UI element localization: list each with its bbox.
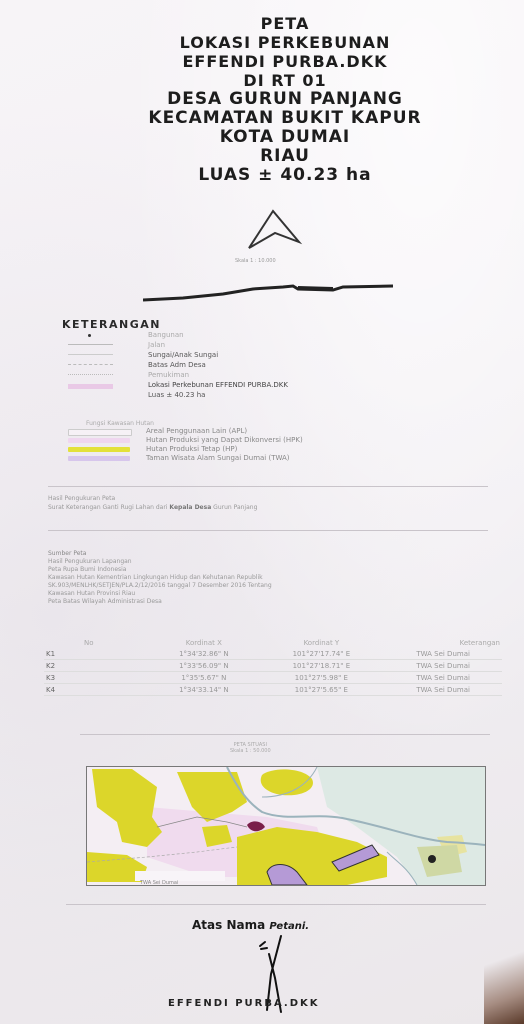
source-line-2: Surat Keterangan Ganti Rugi Lahan dari K… — [48, 503, 257, 512]
scale-bar — [143, 275, 393, 305]
inset-map-title: PETA SITUASI Skala 1 : 50.000 — [230, 742, 271, 754]
twa-swatch-icon — [68, 456, 130, 461]
title-line-luas: LUAS ± 40.23 ha — [110, 166, 460, 185]
boundary-dashed-icon — [68, 364, 113, 365]
source-line-1: Hasil Pengukuran Peta — [48, 494, 257, 503]
hp-swatch-icon — [68, 447, 130, 452]
title-line-peta: PETA — [110, 14, 460, 33]
title-line-kota: KOTA DUMAI — [110, 128, 460, 147]
legend-item: Taman Wisata Alam Sungai Dumai (TWA) — [68, 454, 488, 463]
table-row: K3 1°35'5.67" N 101°27'5.98" E TWA Sei D… — [44, 672, 502, 684]
divider — [48, 530, 488, 531]
situation-map-graphic — [87, 767, 485, 885]
title-line-provinsi: RIAU — [110, 147, 460, 166]
plantation-area-swatch-icon — [68, 384, 113, 389]
river-line-icon — [68, 354, 113, 355]
title-line-lokasi: LOKASI PERKEBUNAN — [110, 33, 460, 52]
table-row: K2 1°33'56.09" N 101°27'18.71" E TWA Sei… — [44, 660, 502, 672]
divider — [48, 486, 488, 487]
title-line-rt: DI RT 01 — [110, 71, 460, 90]
source-notes: Hasil Pengukuran Peta Surat Keterangan G… — [48, 494, 257, 512]
coordinates-table: No Kordinat X Kordinat Y Keterangan K1 1… — [44, 638, 502, 696]
legend-title: KETERANGAN — [62, 318, 482, 331]
divider — [66, 904, 486, 905]
map-sources: Sumber Peta Hasil Pengukuran Lapangan Pe… — [48, 550, 272, 606]
road-line-icon — [68, 344, 113, 345]
map-title-block: PETA LOKASI PERKEBUNAN EFFENDI PURBA.DKK… — [110, 14, 460, 185]
legend-item: Sungai/Anak Sungai — [62, 351, 482, 361]
table-row: K4 1°34'33.14" N 101°27'5.65" E TWA Sei … — [44, 684, 502, 696]
legend-item: Batas Adm Desa — [62, 361, 482, 371]
legend-item: Jalan — [62, 341, 482, 351]
legend-item: Hutan Produksi yang Dapat Dikonversi (HP… — [68, 436, 488, 445]
title-line-owner: EFFENDI PURBA.DKK — [110, 52, 460, 71]
legend-item: Lokasi Perkebunan EFFENDI PURBA.DKK — [62, 381, 482, 391]
legend-item: Bangunan — [62, 331, 482, 341]
inset-situation-map — [86, 766, 486, 886]
table-row: K1 1°34'32.86" N 101°27'17.74" E TWA Sei… — [44, 648, 502, 660]
forest-function-legend: Fungsi Kawasan Hutan Areal Penggunaan La… — [68, 420, 488, 463]
building-dot-icon — [88, 334, 91, 337]
hpk-swatch-icon — [68, 438, 130, 443]
forest-legend-title: Fungsi Kawasan Hutan — [86, 420, 488, 427]
apl-swatch-icon — [68, 429, 132, 436]
signer-name: EFFENDI PURBA.DKK — [168, 998, 320, 1009]
signature-label: Atas Nama Petani. — [192, 918, 309, 932]
legend-item: Hutan Produksi Tetap (HP) — [68, 445, 488, 454]
north-arrow-icon — [243, 208, 303, 258]
title-line-desa: DESA GURUN PANJANG — [110, 90, 460, 109]
divider — [80, 734, 490, 735]
table-header-row: No Kordinat X Kordinat Y Keterangan — [44, 638, 502, 648]
title-line-kecamatan: KECAMATAN BUKIT KAPUR — [110, 109, 460, 128]
legend-item: Areal Penggunaan Lain (APL) — [68, 427, 488, 436]
legend-item: Pemukiman — [62, 371, 482, 381]
map-sources-title: Sumber Peta — [48, 550, 272, 558]
scale-text: Skala 1 : 10.000 — [235, 258, 276, 264]
legend: KETERANGAN Bangunan Jalan Sungai/Anak Su… — [62, 318, 482, 401]
photo-corner-shadow — [484, 934, 524, 1024]
inset-map-caption: TWA Sei Dumai — [140, 880, 178, 886]
legend-item: Luas ± 40.23 ha — [62, 391, 482, 401]
settlement-dotted-icon — [68, 374, 113, 375]
